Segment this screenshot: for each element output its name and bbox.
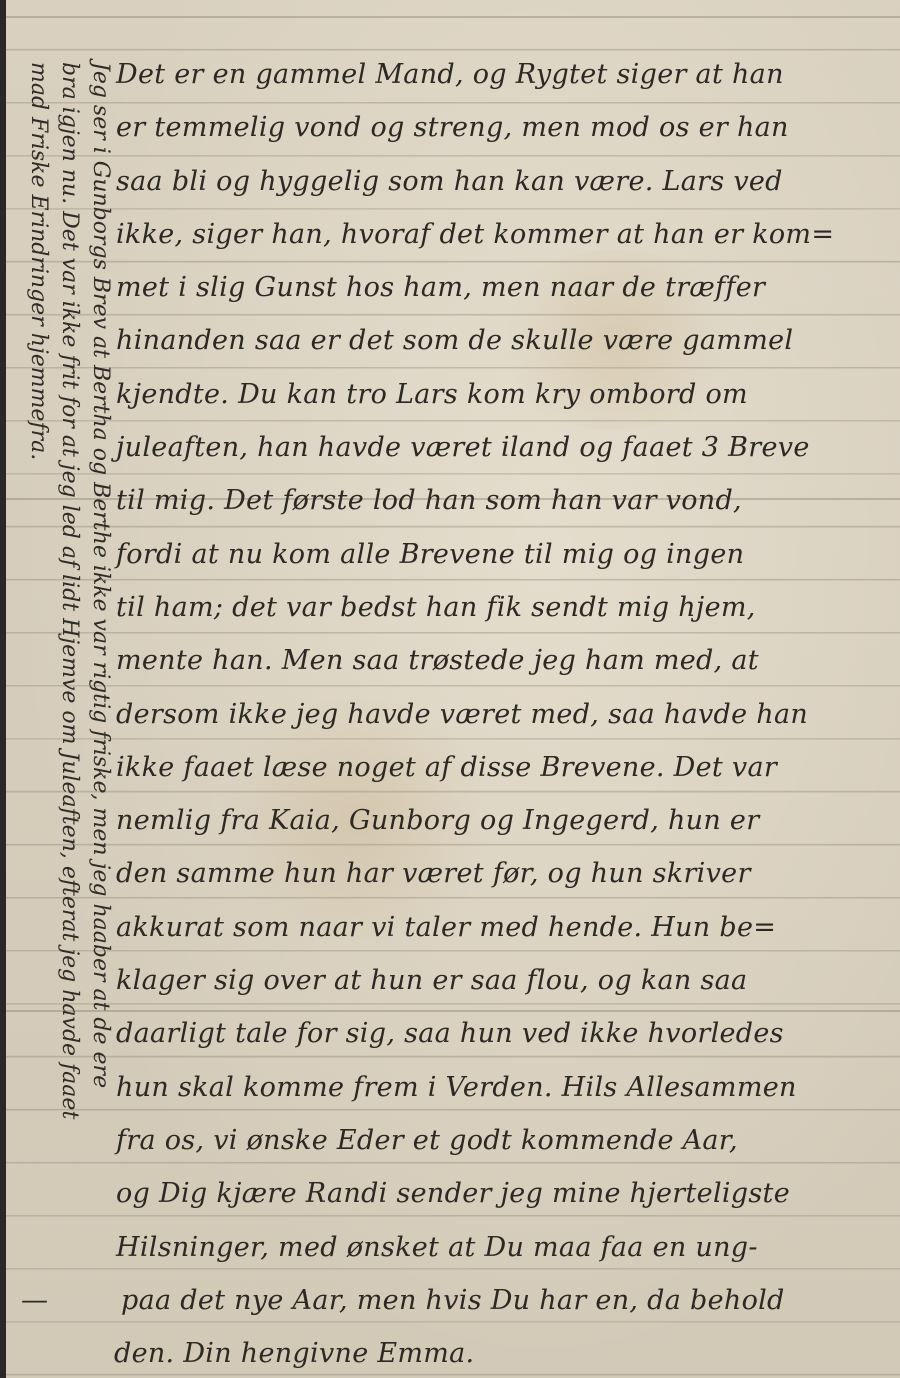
margin-note-line: Jeg ser i Gunborgs Brev at Bertha og Ber… <box>85 62 116 1372</box>
letter-line: daarligt tale for sig, saa hun ved ikke … <box>116 1007 900 1060</box>
letter-line: juleaften, han havde været iland og faae… <box>116 421 900 474</box>
letter-closing-line: den. Din hengivne Emma. <box>114 1327 900 1378</box>
letter-line: ikke, siger han, hvoraf det kommer at ha… <box>116 208 900 261</box>
letter-line: dersom ikke jeg havde været med, saa hav… <box>116 688 900 741</box>
letter-line: kjendte. Du kan tro Lars kom kry ombord … <box>116 368 900 421</box>
letter-line: met i slig Gunst hos ham, men naar de tr… <box>116 261 900 314</box>
letter-line: akkurat som naar vi taler med hende. Hun… <box>116 901 900 954</box>
letter-line: Det er en gammel Mand, og Rygtet siger a… <box>116 48 900 101</box>
letter-line: —paa det nye Aar, men hvis Du har en, da… <box>21 1274 900 1327</box>
letter-line: den samme hun har været før, og hun skri… <box>116 847 900 900</box>
letter-line: til mig. Det første lod han som han var … <box>116 474 900 527</box>
fold-crease <box>6 16 900 18</box>
letter-line: fordi at nu kom alle Brevene til mig og … <box>116 528 900 581</box>
letter-line: er temmelig vond og streng, men mod os e… <box>116 101 900 154</box>
letter-line: og Dig kjære Randi sender jeg mine hjert… <box>116 1167 900 1220</box>
letter-line: til ham; det var bedst han fik sendt mig… <box>116 581 900 634</box>
letter-line: mente han. Men saa trøstede jeg ham med,… <box>116 634 900 687</box>
margin-note-vertical: Jeg ser i Gunborgs Brev at Bertha og Ber… <box>6 62 116 1372</box>
letter-line-text: paa det nye Aar, men hvis Du har en, da … <box>121 1285 785 1316</box>
margin-note-line: bra igjen nu. Det var ikke frit for at j… <box>54 62 85 1372</box>
letter-line: hun skal komme frem i Verden. Hils Alles… <box>116 1061 900 1114</box>
letter-body: Det er en gammel Mand, og Rygtet siger a… <box>116 48 900 1378</box>
letter-line: hinanden saa er det som de skulle være g… <box>116 314 900 367</box>
letter-page: Jeg ser i Gunborgs Brev at Bertha og Ber… <box>6 0 900 1378</box>
letter-line: klager sig over at hun er saa flou, og k… <box>116 954 900 1007</box>
letter-line: ikke faaet læse noget af disse Brevene. … <box>116 741 900 794</box>
letter-line: nemlig fra Kaia, Gunborg og Ingegerd, hu… <box>116 794 900 847</box>
letter-line: fra os, vi ønske Eder et godt kommende A… <box>116 1114 900 1167</box>
letter-line: Hilsninger, med ønsket at Du maa faa en … <box>116 1221 900 1274</box>
letter-line: saa bli og hyggelig som han kan være. La… <box>116 155 900 208</box>
dash-mark: — <box>21 1274 121 1327</box>
margin-note-line: mad Friske Erindringer hjemmefra. <box>23 62 54 1372</box>
